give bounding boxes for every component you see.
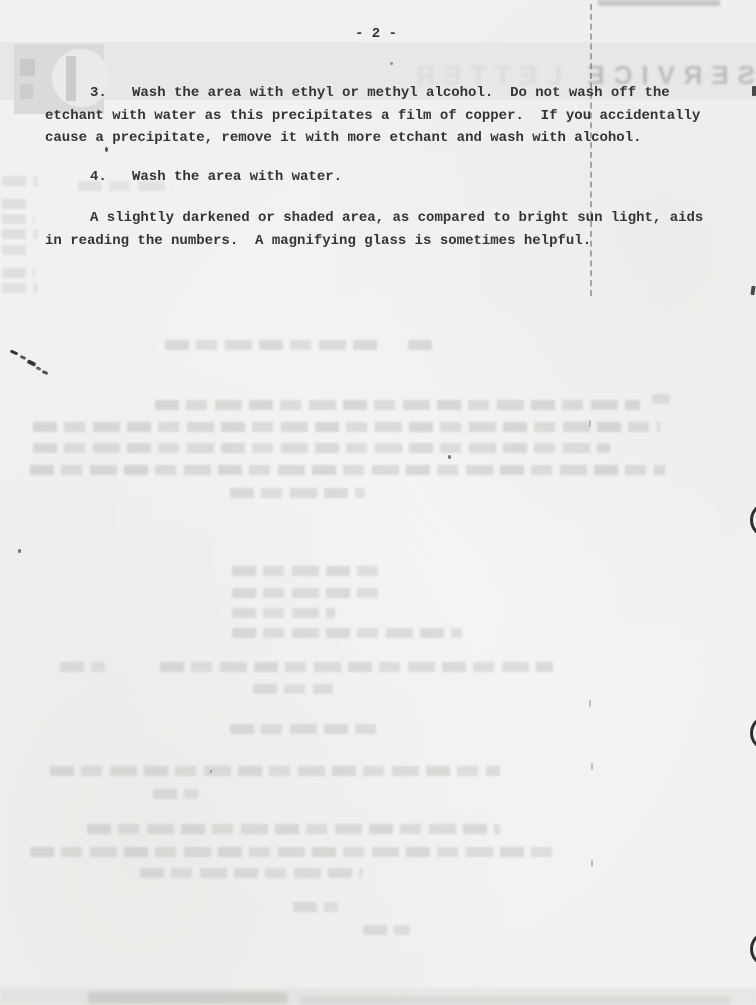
bleedthrough-logo (14, 44, 104, 114)
bleedthrough-line (160, 662, 553, 672)
paragraph-item3-line2: etchant with water as this precipitates … (45, 108, 700, 124)
bleedthrough-line (232, 588, 385, 598)
fold-crease-mark (589, 700, 591, 707)
bleedthrough-line (652, 394, 670, 404)
bleedthrough-line (33, 443, 610, 453)
bleedthrough-line (140, 868, 363, 878)
bleedthrough-line (155, 400, 640, 410)
paragraph-note-line2: in reading the numbers. A magnifying gla… (45, 233, 591, 249)
ink-speck (18, 549, 21, 553)
edge-mark (752, 86, 756, 96)
bleedthrough-line (165, 340, 383, 350)
bleedthrough-line (363, 925, 410, 935)
bleedthrough-logo-mark (20, 59, 35, 76)
bleedthrough-line (30, 847, 560, 857)
bleedthrough-logo-bar (66, 56, 76, 101)
edge-mark (750, 286, 755, 295)
fold-crease-mark (591, 860, 593, 867)
ink-speck (390, 62, 393, 65)
paragraph-item3-line3: cause a precipitate, remove it with more… (45, 130, 642, 146)
punched-hole-arc (750, 932, 756, 966)
bleedthrough-line (2, 229, 38, 239)
page-number: - 2 - (355, 26, 397, 42)
bleedthrough-corner-smudge (598, 0, 720, 6)
bleedthrough-logo-mark (20, 84, 33, 99)
paragraph-note-line1: A slightly darkened or shaded area, as c… (90, 210, 703, 226)
bleedthrough-line (232, 608, 335, 618)
bleedthrough-line (232, 628, 462, 638)
bleedthrough-line (153, 789, 198, 799)
bleedthrough-line (33, 422, 660, 432)
bleedthrough-line (2, 268, 35, 278)
bleedthrough-bottom-blot (300, 996, 730, 1005)
bleedthrough-line (2, 245, 32, 255)
ink-speck (105, 147, 108, 152)
bleedthrough-line (78, 181, 173, 191)
bleedthrough-line (293, 902, 338, 912)
bleedthrough-line (60, 662, 105, 672)
fold-crease-line (590, 4, 592, 296)
ink-speck (448, 455, 451, 459)
scanned-document-page: SERVICE LETTER - 2 - 3. Wash the area wi… (0, 0, 756, 1005)
bleedthrough-line (230, 488, 365, 498)
bleedthrough-line (2, 199, 32, 209)
punched-hole-arc (750, 503, 756, 537)
bleedthrough-line (87, 824, 500, 834)
bleedthrough-line (50, 766, 500, 776)
bleedthrough-line (2, 283, 38, 293)
fold-crease-mark (591, 763, 593, 770)
bleedthrough-line (30, 465, 665, 475)
punched-hole-arc (750, 716, 756, 750)
bleedthrough-line (232, 566, 380, 576)
ink-speck (210, 770, 212, 773)
bleedthrough-line (253, 684, 333, 694)
bleedthrough-line (230, 724, 380, 734)
bleedthrough-bottom-blot (88, 992, 288, 1004)
bleedthrough-line (2, 214, 35, 224)
bleedthrough-line (2, 176, 38, 186)
paragraph-item3-line1: 3. Wash the area with ethyl or methyl al… (90, 85, 670, 101)
bleedthrough-line (408, 340, 432, 350)
